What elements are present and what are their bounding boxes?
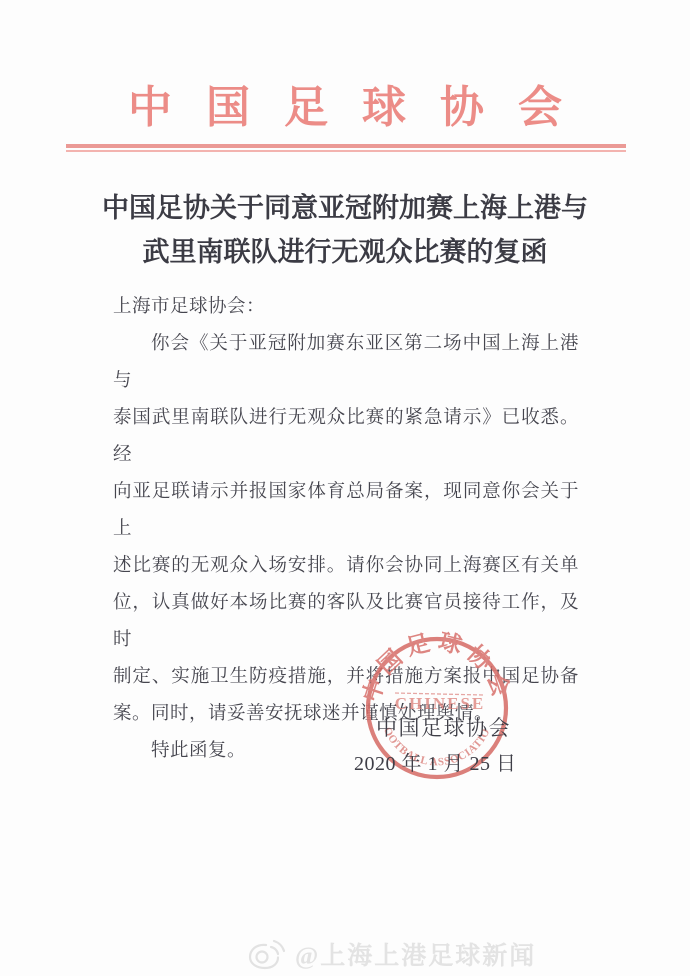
salutation: 上海市足球协会： <box>113 289 579 326</box>
divider-thick-line <box>66 144 626 148</box>
body-line: 你会《关于亚冠附加赛东亚区第二场中国上海上港与 <box>113 326 579 400</box>
body-line: 向亚足联请示并报国家体育总局备案，现同意你会关于上 <box>113 474 579 548</box>
watermark-text: @上海上港足球新闻 <box>295 936 536 972</box>
signature-org: 中国足球协会 <box>376 712 511 742</box>
document-title-line2: 武里南联队进行无观众比赛的复函 <box>0 230 690 274</box>
letterhead-org-name: 中国足球协会 <box>0 82 690 134</box>
divider-thin-line <box>66 150 626 152</box>
weibo-icon <box>246 938 286 970</box>
body-line: 泰国武里南联队进行无观众比赛的紧急请示》已收悉。经 <box>113 400 579 474</box>
document-title-line1: 中国足协关于同意亚冠附加赛上海上港与 <box>0 186 690 230</box>
letterhead-divider <box>66 144 626 152</box>
signature-date: 2020 年 1 月 25 日 <box>354 747 517 776</box>
watermark: @上海上港足球新闻 <box>246 936 536 972</box>
body-line: 述比赛的无观众入场安排。请你会协同上海赛区有关单 <box>113 548 579 585</box>
seal-middle-text: CHINESE <box>395 694 486 713</box>
document-page: 中国足球协会 中国足协关于同意亚冠附加赛上海上港与 武里南联队进行无观众比赛的复… <box>0 0 690 976</box>
document-title: 中国足协关于同意亚冠附加赛上海上港与 武里南联队进行无观众比赛的复函 <box>0 186 690 274</box>
